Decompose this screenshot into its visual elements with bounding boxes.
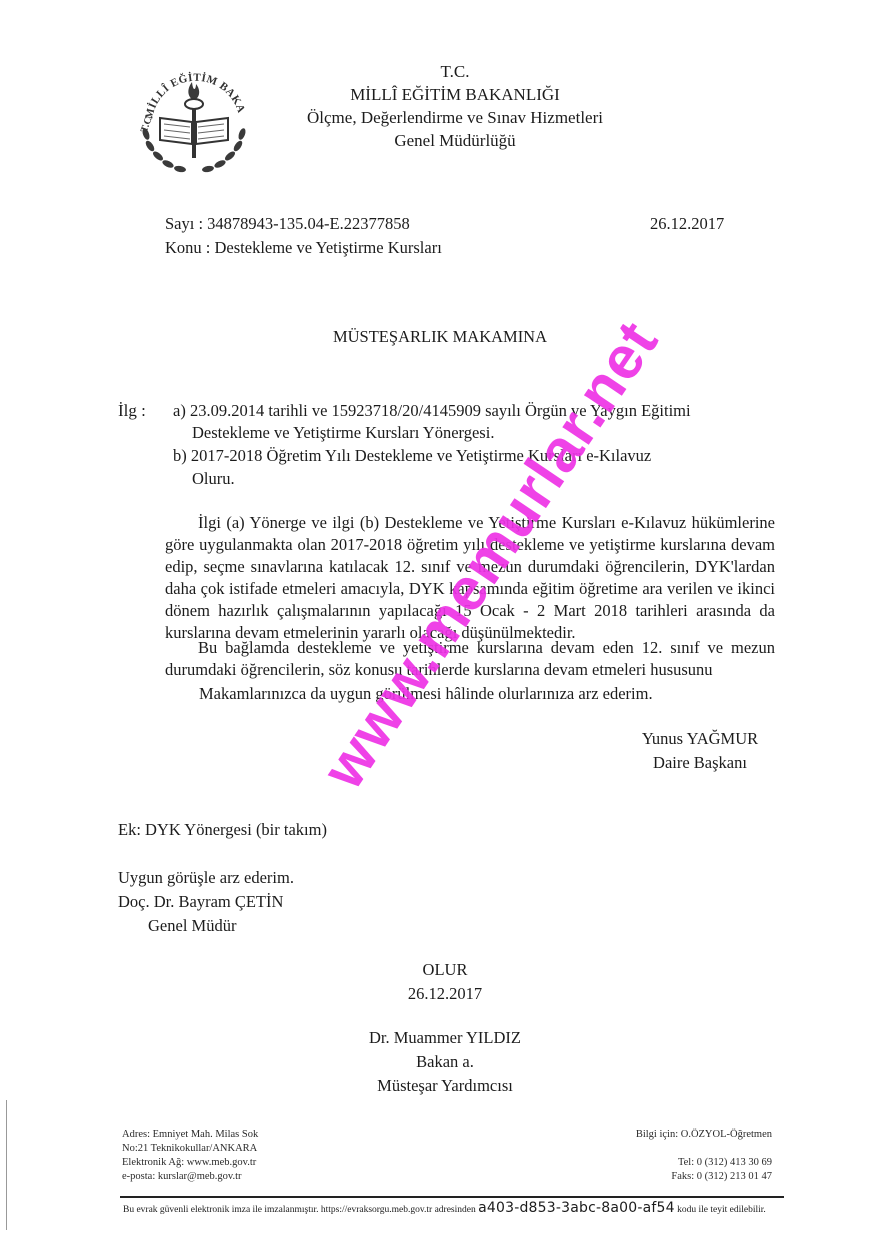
- footer-contact: Bilgi için: O.ÖZYOL-Öğretmen Tel: 0 (312…: [600, 1128, 772, 1184]
- contact-phone: Tel: 0 (312) 413 30 69: [600, 1156, 772, 1170]
- body-paragraph-2: Bu bağlamda destekleme ve yetiştirme kur…: [165, 637, 775, 681]
- e-signature-verification: Bu evrak güvenli elektronik imza ile imz…: [123, 1200, 766, 1218]
- logo-arc-text: MİLLÎ EĞİTİM BAKANLIĞI: [130, 52, 247, 120]
- approver-name: Dr. Muammer YILDIZ: [340, 1026, 550, 1050]
- contact-person: Bilgi için: O.ÖZYOL-Öğretmen: [600, 1128, 772, 1142]
- signature-block-head-of-department: Yunus YAĞMUR Daire Başkanı: [610, 727, 790, 775]
- footer-divider: [120, 1196, 784, 1198]
- endorsement-note: Uygun görüşle arz ederim.: [118, 866, 294, 890]
- verify-code: a403-d853-3abc-8a00-af54: [478, 1200, 675, 1216]
- addressee: MÜSTEŞARLIK MAKAMINA: [0, 327, 880, 347]
- approval-block: OLUR 26.12.2017 Dr. Muammer YILDIZ Bakan…: [340, 958, 550, 1098]
- signer-name: Doç. Dr. Bayram ÇETİN: [118, 890, 294, 914]
- footer-address: Adres: Emniyet Mah. Milas Sok No:21 Tekn…: [122, 1128, 258, 1184]
- letterhead: T.C. MİLLÎ EĞİTİM BAKANLIĞI Ölçme, Değer…: [300, 60, 610, 152]
- address-line: No:21 Teknikokullar/ANKARA: [122, 1142, 258, 1156]
- approver-title: Müsteşar Yardımcısı: [340, 1074, 550, 1098]
- letterhead-line-department: Ölçme, Değerlendirme ve Sınav Hizmetleri: [300, 106, 610, 129]
- meb-emblem-icon: MİLLÎ EĞİTİM BAKANLIĞI T.C.: [130, 52, 258, 180]
- body-paragraph-1: İlgi (a) Yönerge ve ilgi (b) Destekleme …: [165, 512, 775, 644]
- body-paragraph-3: Makamlarınızca da uygun görülmesi hâlind…: [199, 682, 653, 706]
- signer-title: Daire Başkanı: [610, 751, 790, 775]
- verify-suffix: kodu ile teyit edilebilir.: [677, 1205, 766, 1215]
- verify-prefix: Bu evrak güvenli elektronik imza ile imz…: [123, 1205, 476, 1215]
- contact-fax: Faks: 0 (312) 213 01 47: [600, 1170, 772, 1184]
- document-number: Sayı : 34878943-135.04-E.22377858: [165, 212, 410, 236]
- svg-text:MİLLÎ EĞİTİM BAKANLIĞI: MİLLÎ EĞİTİM BAKANLIĞI: [130, 52, 247, 120]
- reference-label: İlg :: [118, 399, 146, 423]
- reference-b-line2: Oluru.: [192, 467, 235, 491]
- letterhead-line-tc: T.C.: [300, 60, 610, 83]
- address-line: Adres: Emniyet Mah. Milas Sok: [122, 1128, 258, 1142]
- signer-name: Yunus YAĞMUR: [610, 727, 790, 751]
- scan-edge-line: [6, 1100, 7, 1230]
- reference-a-line1: a) 23.09.2014 tarihli ve 15923718/20/414…: [173, 399, 691, 423]
- document-subject: Konu : Destekleme ve Yetiştirme Kursları: [165, 236, 442, 260]
- letterhead-line-directorate: Genel Müdürlüğü: [300, 129, 610, 152]
- address-website: Elektronik Ağ: www.meb.gov.tr: [122, 1156, 258, 1170]
- approval-label: OLUR: [340, 958, 550, 982]
- signer-title: Genel Müdür: [118, 914, 294, 938]
- letterhead-line-ministry: MİLLÎ EĞİTİM BAKANLIĞI: [300, 83, 610, 106]
- address-email: e-posta: kurslar@meb.gov.tr: [122, 1170, 258, 1184]
- approver-on-behalf: Bakan a.: [340, 1050, 550, 1074]
- attachment-note: Ek: DYK Yönergesi (bir takım): [118, 818, 327, 842]
- reference-a-line2: Destekleme ve Yetiştirme Kursları Yönerg…: [192, 421, 494, 445]
- reference-b-line1: b) 2017-2018 Öğretim Yılı Destekleme ve …: [173, 444, 651, 468]
- approval-date: 26.12.2017: [340, 982, 550, 1006]
- signature-block-director-general: Uygun görüşle arz ederim. Doç. Dr. Bayra…: [118, 866, 294, 938]
- document-date: 26.12.2017: [650, 212, 724, 236]
